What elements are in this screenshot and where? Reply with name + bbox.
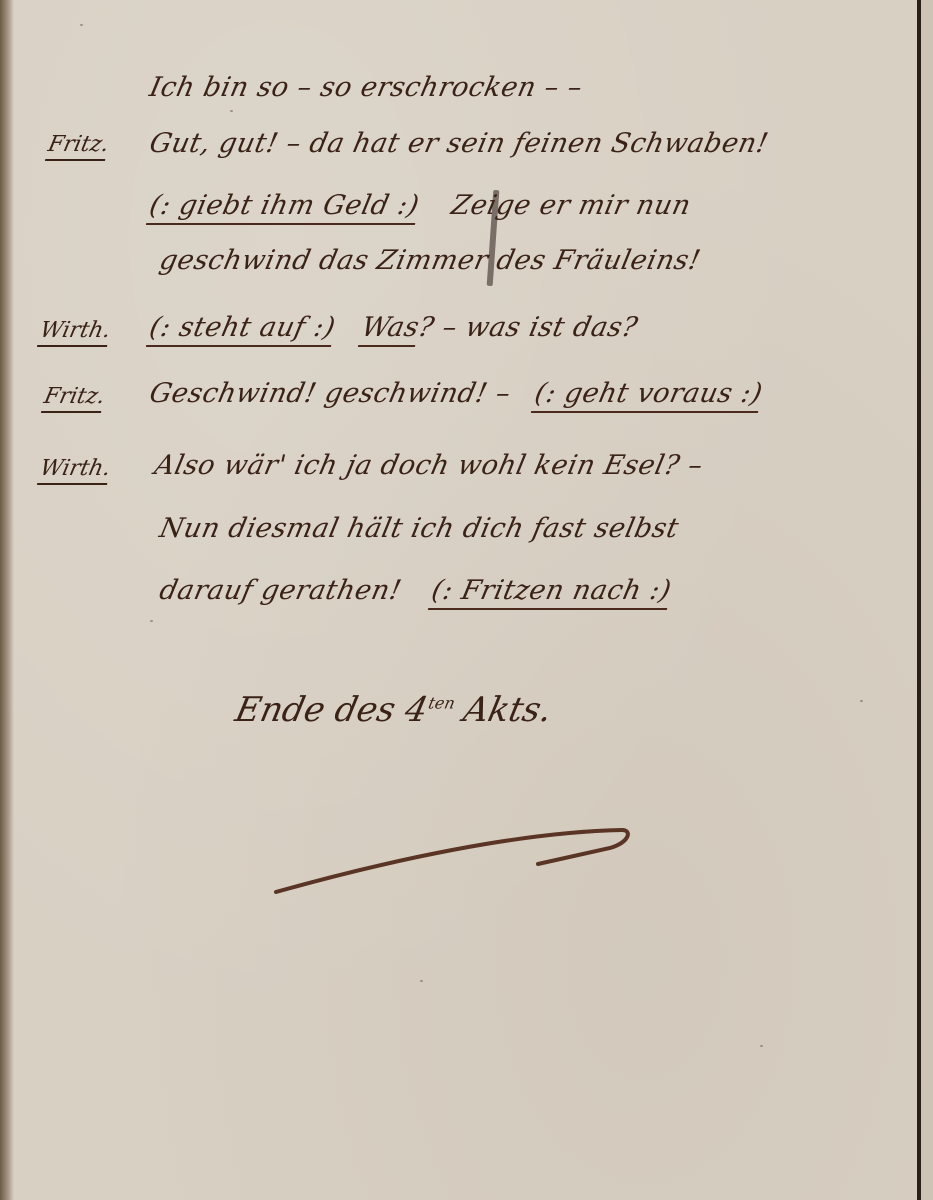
line-text: geschwind das Zimmer des Fräuleins! [157,245,704,276]
emphasis-text: Was [358,312,422,347]
paper-fleck [230,110,233,112]
paper-fleck [150,620,153,622]
line-text: Geschwind! geschwind! – [147,378,514,409]
closing-flourish-icon [270,820,640,900]
ending-text: Ende des 4 [232,690,432,730]
line-text: darauf gerathen! [157,575,405,606]
stage-direction: (: geht voraus :) [531,378,765,413]
paper-fleck [80,24,83,26]
speaker-label: Fritz. [45,132,111,161]
line-text: Zeige er mir nun [449,190,694,221]
line-1: Ich bin so – so erschrocken – – [147,72,586,103]
line-text: ? – was ist das? [416,312,641,343]
adjacent-page-edge [921,0,933,1200]
manuscript-page: Ich bin so – so erschrocken – – Fritz. G… [0,0,921,1200]
line-8: Nun diesmal hält ich dich fast selbst [157,513,682,544]
line-6: Geschwind! geschwind! – (: geht voraus :… [147,378,766,409]
stage-direction: (: Fritzen nach :) [428,575,674,610]
line-9: darauf gerathen! (: Fritzen nach :) [157,575,674,606]
line-7: Also wär' ich ja doch wohl kein Esel? – [152,450,706,481]
speaker-label: Wirth. [37,456,113,485]
speaker-label: Fritz. [41,384,107,413]
act-ending: Ende des 4ten Akts. [232,690,556,730]
stage-direction: (: steht auf :) [146,312,338,347]
ending-text-after: Akts. [449,690,555,730]
line-2: Gut, gut! – da hat er sein feinen Schwab… [147,128,772,159]
line-text: Gut, gut! – da hat er sein feinen Schwab… [147,128,772,159]
paper-fleck [860,700,863,702]
line-text: Also wär' ich ja doch wohl kein Esel? – [152,450,706,481]
paper-fleck [760,1045,763,1047]
line-4: geschwind das Zimmer des Fräuleins! [157,245,704,276]
line-text: Ich bin so – so erschrocken – – [147,72,586,103]
speaker-label: Wirth. [37,318,113,347]
line-text: Nun diesmal hält ich dich fast selbst [157,513,682,544]
paper-fleck [420,980,423,982]
binding-shadow [0,0,14,1200]
line-3: (: giebt ihm Geld :) Zeige er mir nun [147,190,694,221]
stage-direction: (: giebt ihm Geld :) [146,190,422,225]
line-5: (: steht auf :) Was? – was ist das? [147,312,641,343]
